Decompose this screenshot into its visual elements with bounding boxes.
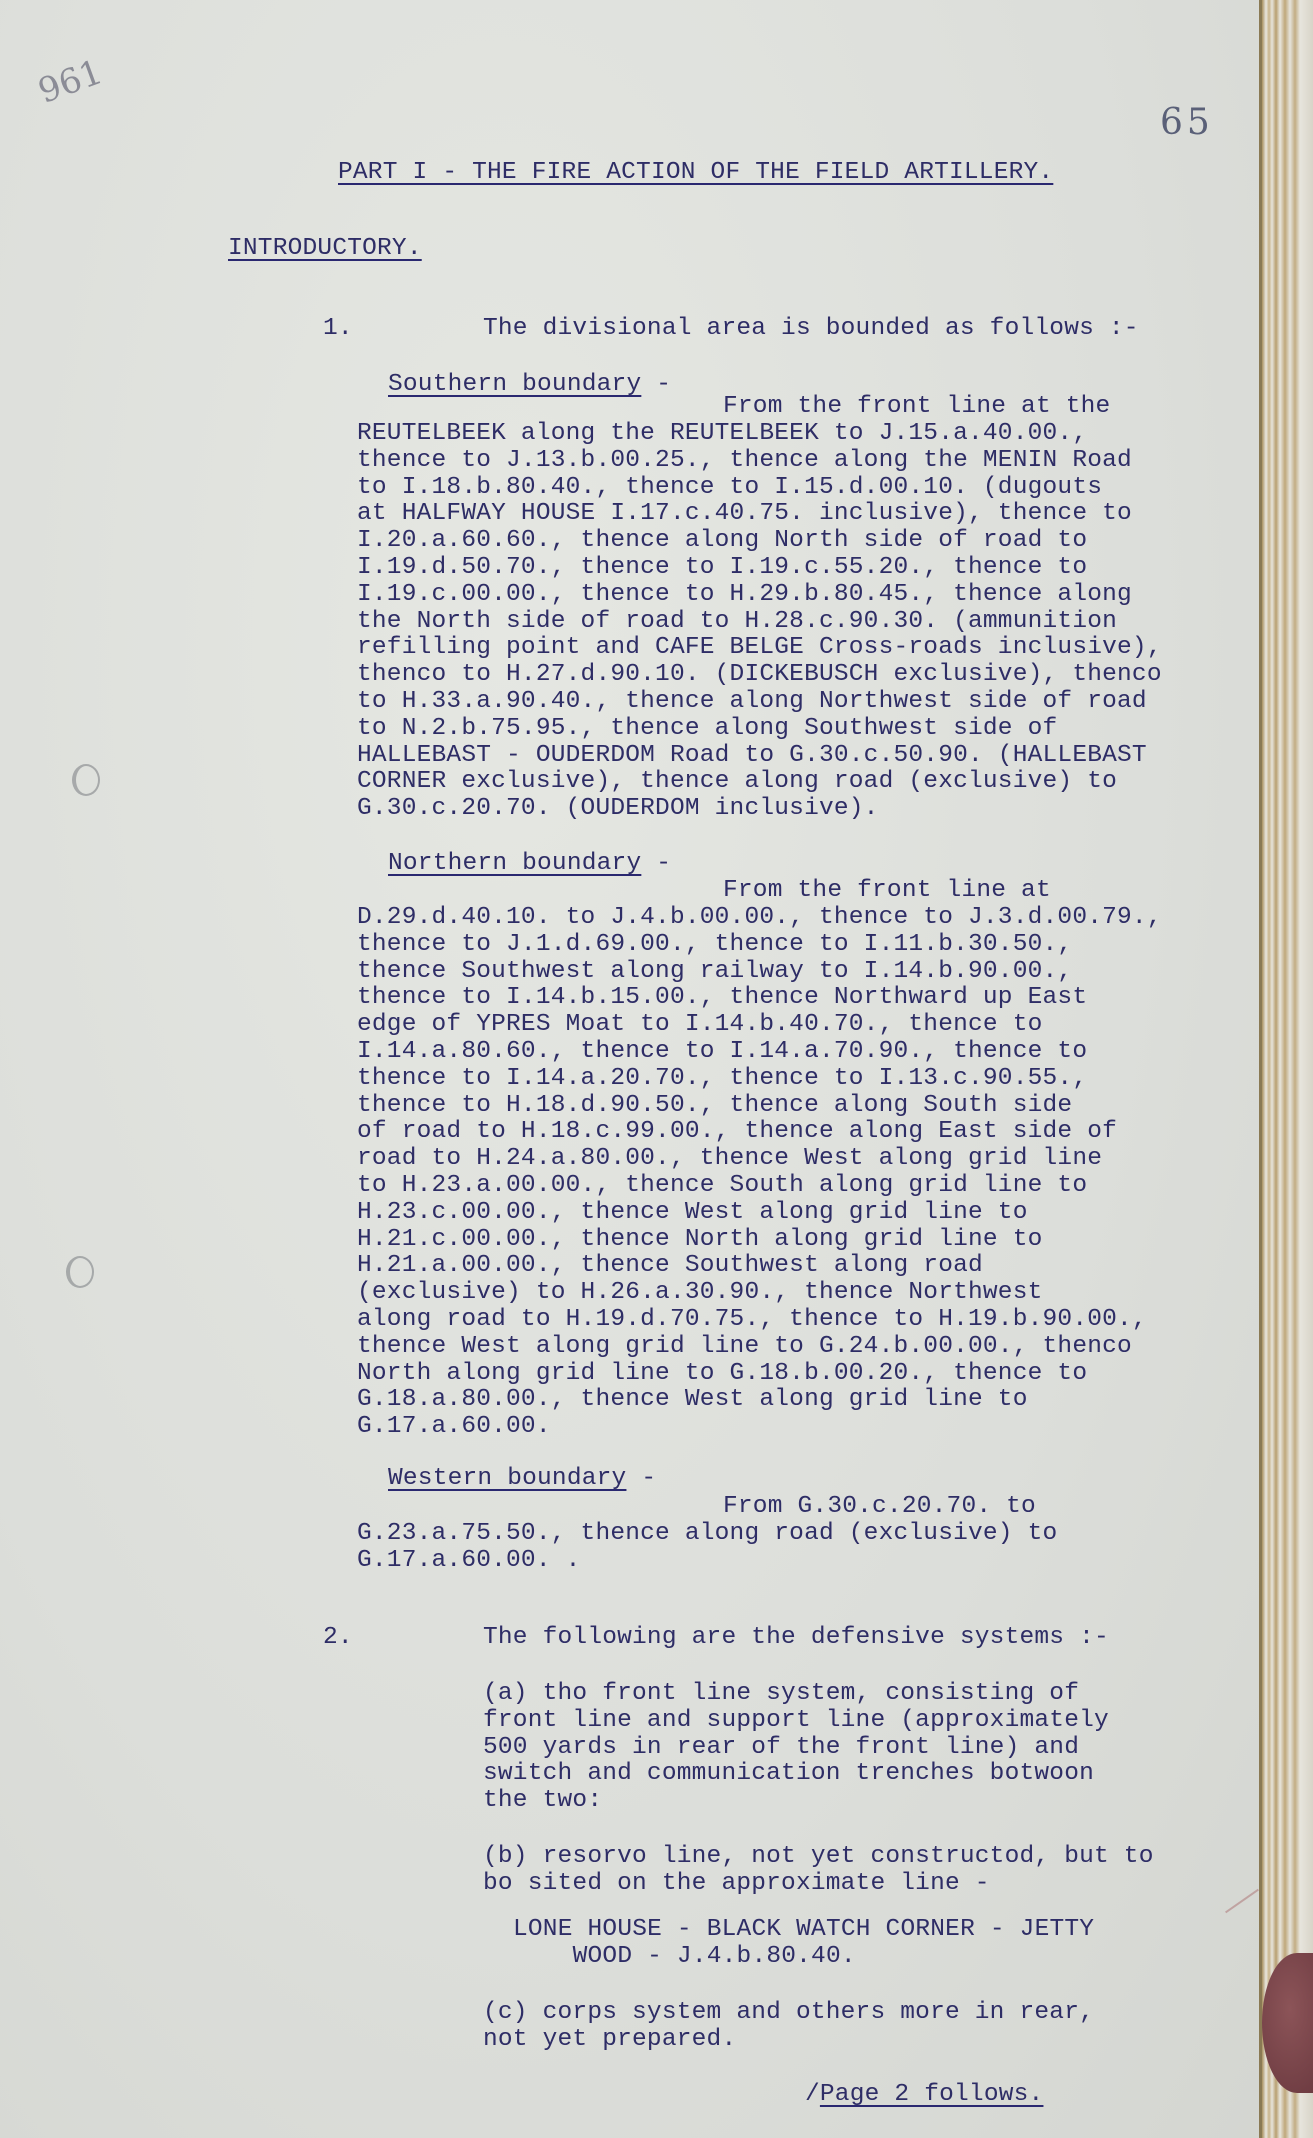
paper-stack-edge bbox=[1262, 0, 1313, 2138]
southern-heading-text: Southern boundary bbox=[388, 371, 641, 398]
document-page: 961 65 PART I - THE FIRE ACTION OF THE F… bbox=[0, 0, 1262, 2138]
western-boundary-heading: Western boundary - bbox=[388, 1466, 656, 1493]
western-boundary-text: G.23.a.75.50., thence along road (exclus… bbox=[357, 1521, 1057, 1575]
southern-boundary-heading: Southern boundary - bbox=[388, 372, 671, 399]
southern-boundary-text: REUTELBEEK along the REUTELBEEK to J.15.… bbox=[357, 421, 1162, 823]
northern-boundary-text: D.29.d.40.10. to J.4.b.00.00., thence to… bbox=[357, 905, 1162, 1441]
heading-dash: - bbox=[641, 850, 671, 877]
item-c-text: (c) corps system and others more in rear… bbox=[483, 2000, 1094, 2054]
heading-dash: - bbox=[641, 371, 671, 398]
pencil-mark bbox=[1225, 1889, 1259, 1914]
punch-hole-icon bbox=[72, 764, 100, 796]
western-line: From G.30.c.20.70. to bbox=[723, 1494, 1036, 1521]
item-b-line-text: LONE HOUSE - BLACK WATCH CORNER - JETTY … bbox=[513, 1917, 1094, 1971]
para-2-number: 2. bbox=[323, 1625, 353, 1652]
item-a-text: (a) tho front line system, consisting of… bbox=[483, 1681, 1109, 1815]
northern-heading-text: Northern boundary bbox=[388, 850, 641, 877]
punch-hole-icon bbox=[66, 1256, 94, 1288]
footer-page-follows: /Page 2 follows. bbox=[805, 2082, 1043, 2109]
document-title: PART I - THE FIRE ACTION OF THE FIELD AR… bbox=[338, 160, 1053, 187]
heading-dash: - bbox=[626, 1465, 656, 1492]
northern-boundary-heading: Northern boundary - bbox=[388, 851, 671, 878]
item-b-text: (b) resorvo line, not yet constructod, b… bbox=[483, 1844, 1154, 1898]
page-number: 65 bbox=[1160, 102, 1214, 143]
footer-slash: / bbox=[805, 2081, 820, 2108]
margin-annotation: 961 bbox=[33, 52, 108, 112]
southern-line: From the front line at the bbox=[723, 394, 1110, 421]
western-heading-text: Western boundary bbox=[388, 1465, 626, 1492]
northern-line: From the front line at bbox=[723, 878, 1051, 905]
section-heading: INTRODUCTORY. bbox=[228, 236, 422, 263]
para-2-intro: The following are the defensive systems … bbox=[483, 1625, 1109, 1652]
para-1-intro: The divisional area is bounded as follow… bbox=[483, 316, 1139, 343]
footer-text: Page 2 follows. bbox=[820, 2081, 1044, 2108]
para-1-number: 1. bbox=[323, 316, 353, 343]
